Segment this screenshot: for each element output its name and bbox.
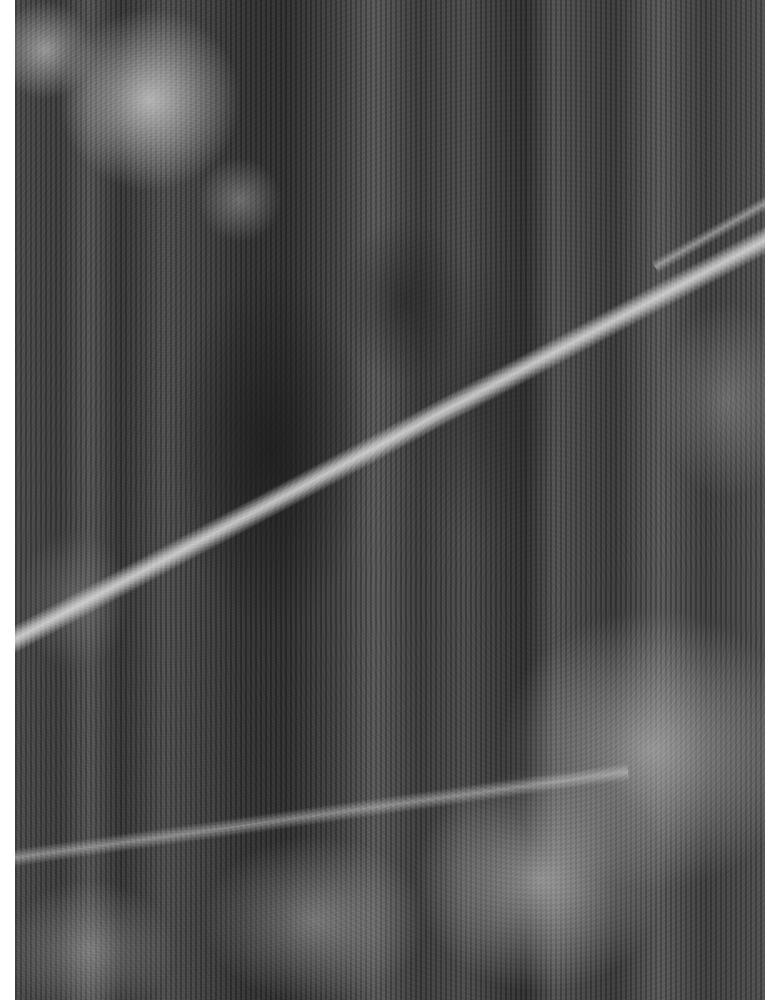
carpet-texture-photo [15,0,765,1000]
fabric-grain [15,0,765,1000]
